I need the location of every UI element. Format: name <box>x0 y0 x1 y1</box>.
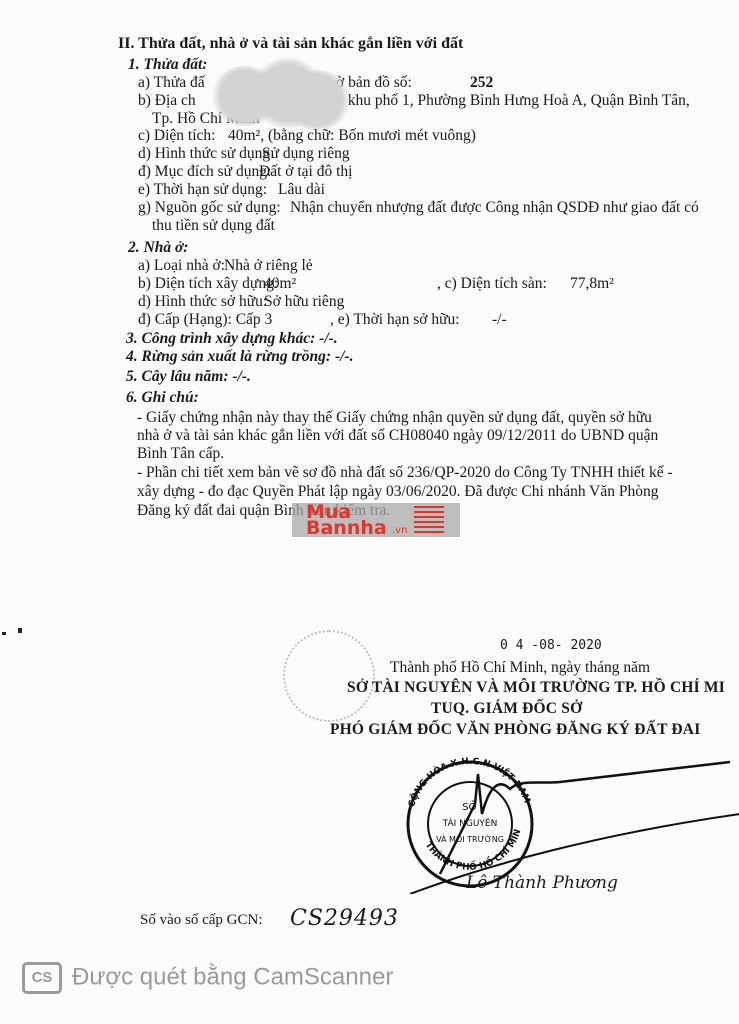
house-type: Nhà ở riêng lẻ <box>224 257 313 275</box>
house-ownership-term: -/- <box>492 311 507 329</box>
privacy-blur <box>282 70 352 130</box>
land-dd-label: đ) Mục đích sử dụng: <box>138 163 271 181</box>
house-d-label: d) Hình thức sở hữu: <box>138 293 267 311</box>
land-g-label: g) Nguồn gốc sử dụng: <box>138 199 281 217</box>
camscanner-logo-icon: CS <box>22 962 62 994</box>
house-build-area: 40m² <box>264 275 296 293</box>
note-line: Bình Tân cấp. <box>137 445 224 463</box>
land-a-label: a) Thửa đấ <box>138 74 205 92</box>
registry-number: CS29493 <box>290 906 399 931</box>
production-forest: 4. Rừng sản xuất là rừng trồng: -/-. <box>126 348 353 366</box>
house-ownership: Sở hữu riêng <box>264 293 344 311</box>
faint-seal-stamp <box>283 630 375 722</box>
house-floor-area: 77,8m² <box>570 275 614 293</box>
land-d-label: d) Hình thức sử dụng: <box>138 145 275 163</box>
land-purpose: Đất ở tại đô thị <box>259 163 352 181</box>
note-line: - Phần chi tiết xem bản vẽ sơ đồ nhà đất… <box>137 464 673 482</box>
scan-speck <box>2 632 6 635</box>
note-line: - Giấy chứng nhận này thay thế Giấy chứn… <box>137 409 652 427</box>
other-construction: 3. Công trình xây dựng khác: -/-. <box>126 330 338 348</box>
note-line: nhà ở và tài sản khác gắn liền với đất s… <box>137 427 658 445</box>
section-title: II. Thửa đất, nhà ở và tài sản khác gắn … <box>118 35 463 53</box>
house-b-label: b) Diện tích xây dựng: <box>138 275 278 293</box>
land-heading: 1. Thửa đất: <box>128 56 207 74</box>
camscanner-text: Được quét bằng CamScanner <box>72 963 393 990</box>
land-address: , khu phố 1, Phường Bình Hưng Hoà A, Quậ… <box>340 92 690 110</box>
note-line: xây dựng - đo đạc Quyền Phát lập ngày 03… <box>137 483 659 501</box>
watermark-text: Bannha <box>306 517 387 539</box>
seal-center-line: TÀI NGUYÊN <box>442 817 498 829</box>
scan-speck <box>18 628 22 633</box>
building-icon <box>414 506 444 534</box>
signer-name: Lê Thành Phương <box>466 873 618 893</box>
house-grade: đ) Cấp (Hạng): Cấp 3 <box>138 311 272 329</box>
land-origin-cont: thu tiền sử dụng đất <box>152 217 275 235</box>
notes-heading: 6. Ghi chú: <box>126 389 199 407</box>
house-e-label: , e) Thời hạn sở hữu: <box>330 311 460 329</box>
map-number: 252 <box>470 74 493 92</box>
camscanner-watermark: CSĐược quét bằng CamScanner <box>22 962 393 994</box>
on-behalf: TUQ. GIÁM ĐỐC SỞ <box>431 700 582 718</box>
signer-title: PHÓ GIÁM ĐỐC VĂN PHÒNG ĐĂNG KÝ ĐẤT ĐAI <box>330 721 700 739</box>
stamped-date: 0 4 -08- 2020 <box>500 638 602 653</box>
place-date: Thành phố Hồ Chí Minh, ngày tháng năm <box>390 659 650 677</box>
land-e-label: e) Thời hạn sử dụng: <box>138 181 267 199</box>
land-b-label: b) Địa ch <box>138 92 196 110</box>
land-c-label: c) Diện tích: <box>138 127 215 145</box>
watermark-suffix: .vn <box>392 525 407 536</box>
land-origin: Nhận chuyển nhượng đất được Công nhận QS… <box>290 199 699 217</box>
watermark-logo: Mua Bannha .vn <box>292 503 460 537</box>
agency-name: SỞ TÀI NGUYÊN VÀ MÔI TRƯỜNG TP. HỒ CHÍ M… <box>347 679 725 697</box>
house-a-label: a) Loại nhà ở: <box>138 257 225 275</box>
seal-center-line: VÀ MÔI TRƯỜNG <box>436 833 504 844</box>
land-usage-form: Sử dụng riêng <box>262 145 350 163</box>
land-term: Lâu dài <box>278 181 325 199</box>
perennial-trees: 5. Cây lâu năm: -/-. <box>126 368 251 386</box>
house-c-label: , c) Diện tích sàn: <box>437 275 547 293</box>
registry-label: Số vào sổ cấp GCN: <box>140 912 263 929</box>
house-heading: 2. Nhà ở: <box>128 239 188 257</box>
land-area: 40m², (bằng chữ: Bốn mươi mét vuông) <box>228 127 476 145</box>
